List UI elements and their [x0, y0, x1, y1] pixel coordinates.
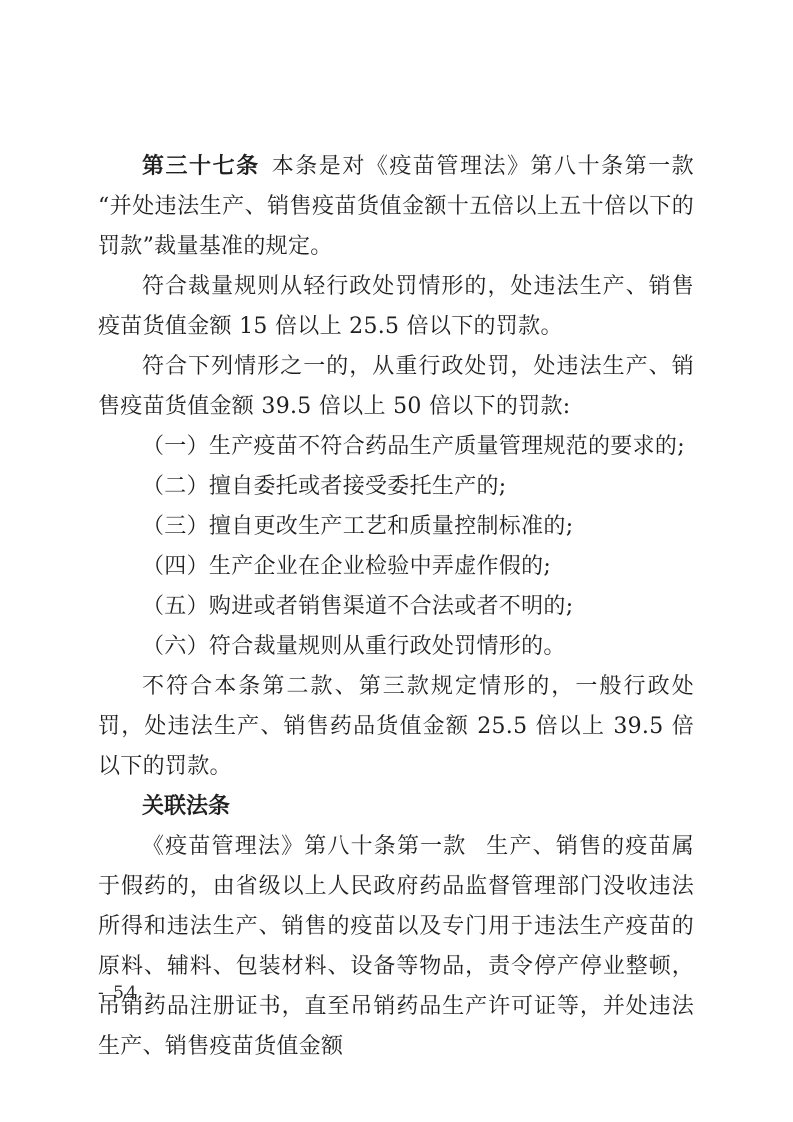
- article-37-paragraph-2: 符合裁量规则从轻行政处罚情形的，处违法生产、销售疫苗货值金额 15 倍以上 25…: [98, 267, 694, 347]
- list-item-3: （三）擅自更改生产工艺和质量控制标准的;: [98, 507, 694, 547]
- article-number: 第三十七条: [142, 153, 260, 179]
- related-law-paragraph: 《疫苗管理法》第八十条第一款生产、销售的疫苗属于假药的，由省级以上人民政府药品监…: [98, 827, 694, 1067]
- document-page: 第三十七条本条是对《疫苗管理法》第八十条第一款“并处违法生产、销售疫苗货值金额十…: [0, 0, 793, 1122]
- related-law-text: 生产、销售的疫苗属于假药的，由省级以上人民政府药品监督管理部门没收违法所得和违法…: [98, 834, 694, 1059]
- list-item-6: （六）符合裁量规则从重行政处罚情形的。: [98, 627, 694, 667]
- related-laws-heading: 关联法条: [98, 787, 694, 827]
- article-37-paragraph-3: 符合下列情形之一的，从重行政处罚，处违法生产、销售疫苗货值金额 39.5 倍以上…: [98, 347, 694, 427]
- article-37-paragraph-1: 第三十七条本条是对《疫苗管理法》第八十条第一款“并处违法生产、销售疫苗货值金额十…: [98, 146, 694, 267]
- list-item-2: （二）擅自委托或者接受委托生产的;: [98, 467, 694, 507]
- list-item-5: （五）购进或者销售渠道不合法或者不明的;: [98, 587, 694, 627]
- page-number: - 54 -: [98, 983, 154, 1003]
- document-body: 第三十七条本条是对《疫苗管理法》第八十条第一款“并处违法生产、销售疫苗货值金额十…: [98, 146, 694, 1067]
- list-item-4: （四）生产企业在企业检验中弄虚作假的;: [98, 547, 694, 587]
- related-law-reference: 《疫苗管理法》第八十条第一款: [142, 834, 466, 859]
- list-item-1: （一）生产疫苗不符合药品生产质量管理规范的要求的;: [98, 427, 694, 467]
- article-37-paragraph-4: 不符合本条第二款、第三款规定情形的，一般行政处罚，处违法生产、销售药品货值金额 …: [98, 667, 694, 787]
